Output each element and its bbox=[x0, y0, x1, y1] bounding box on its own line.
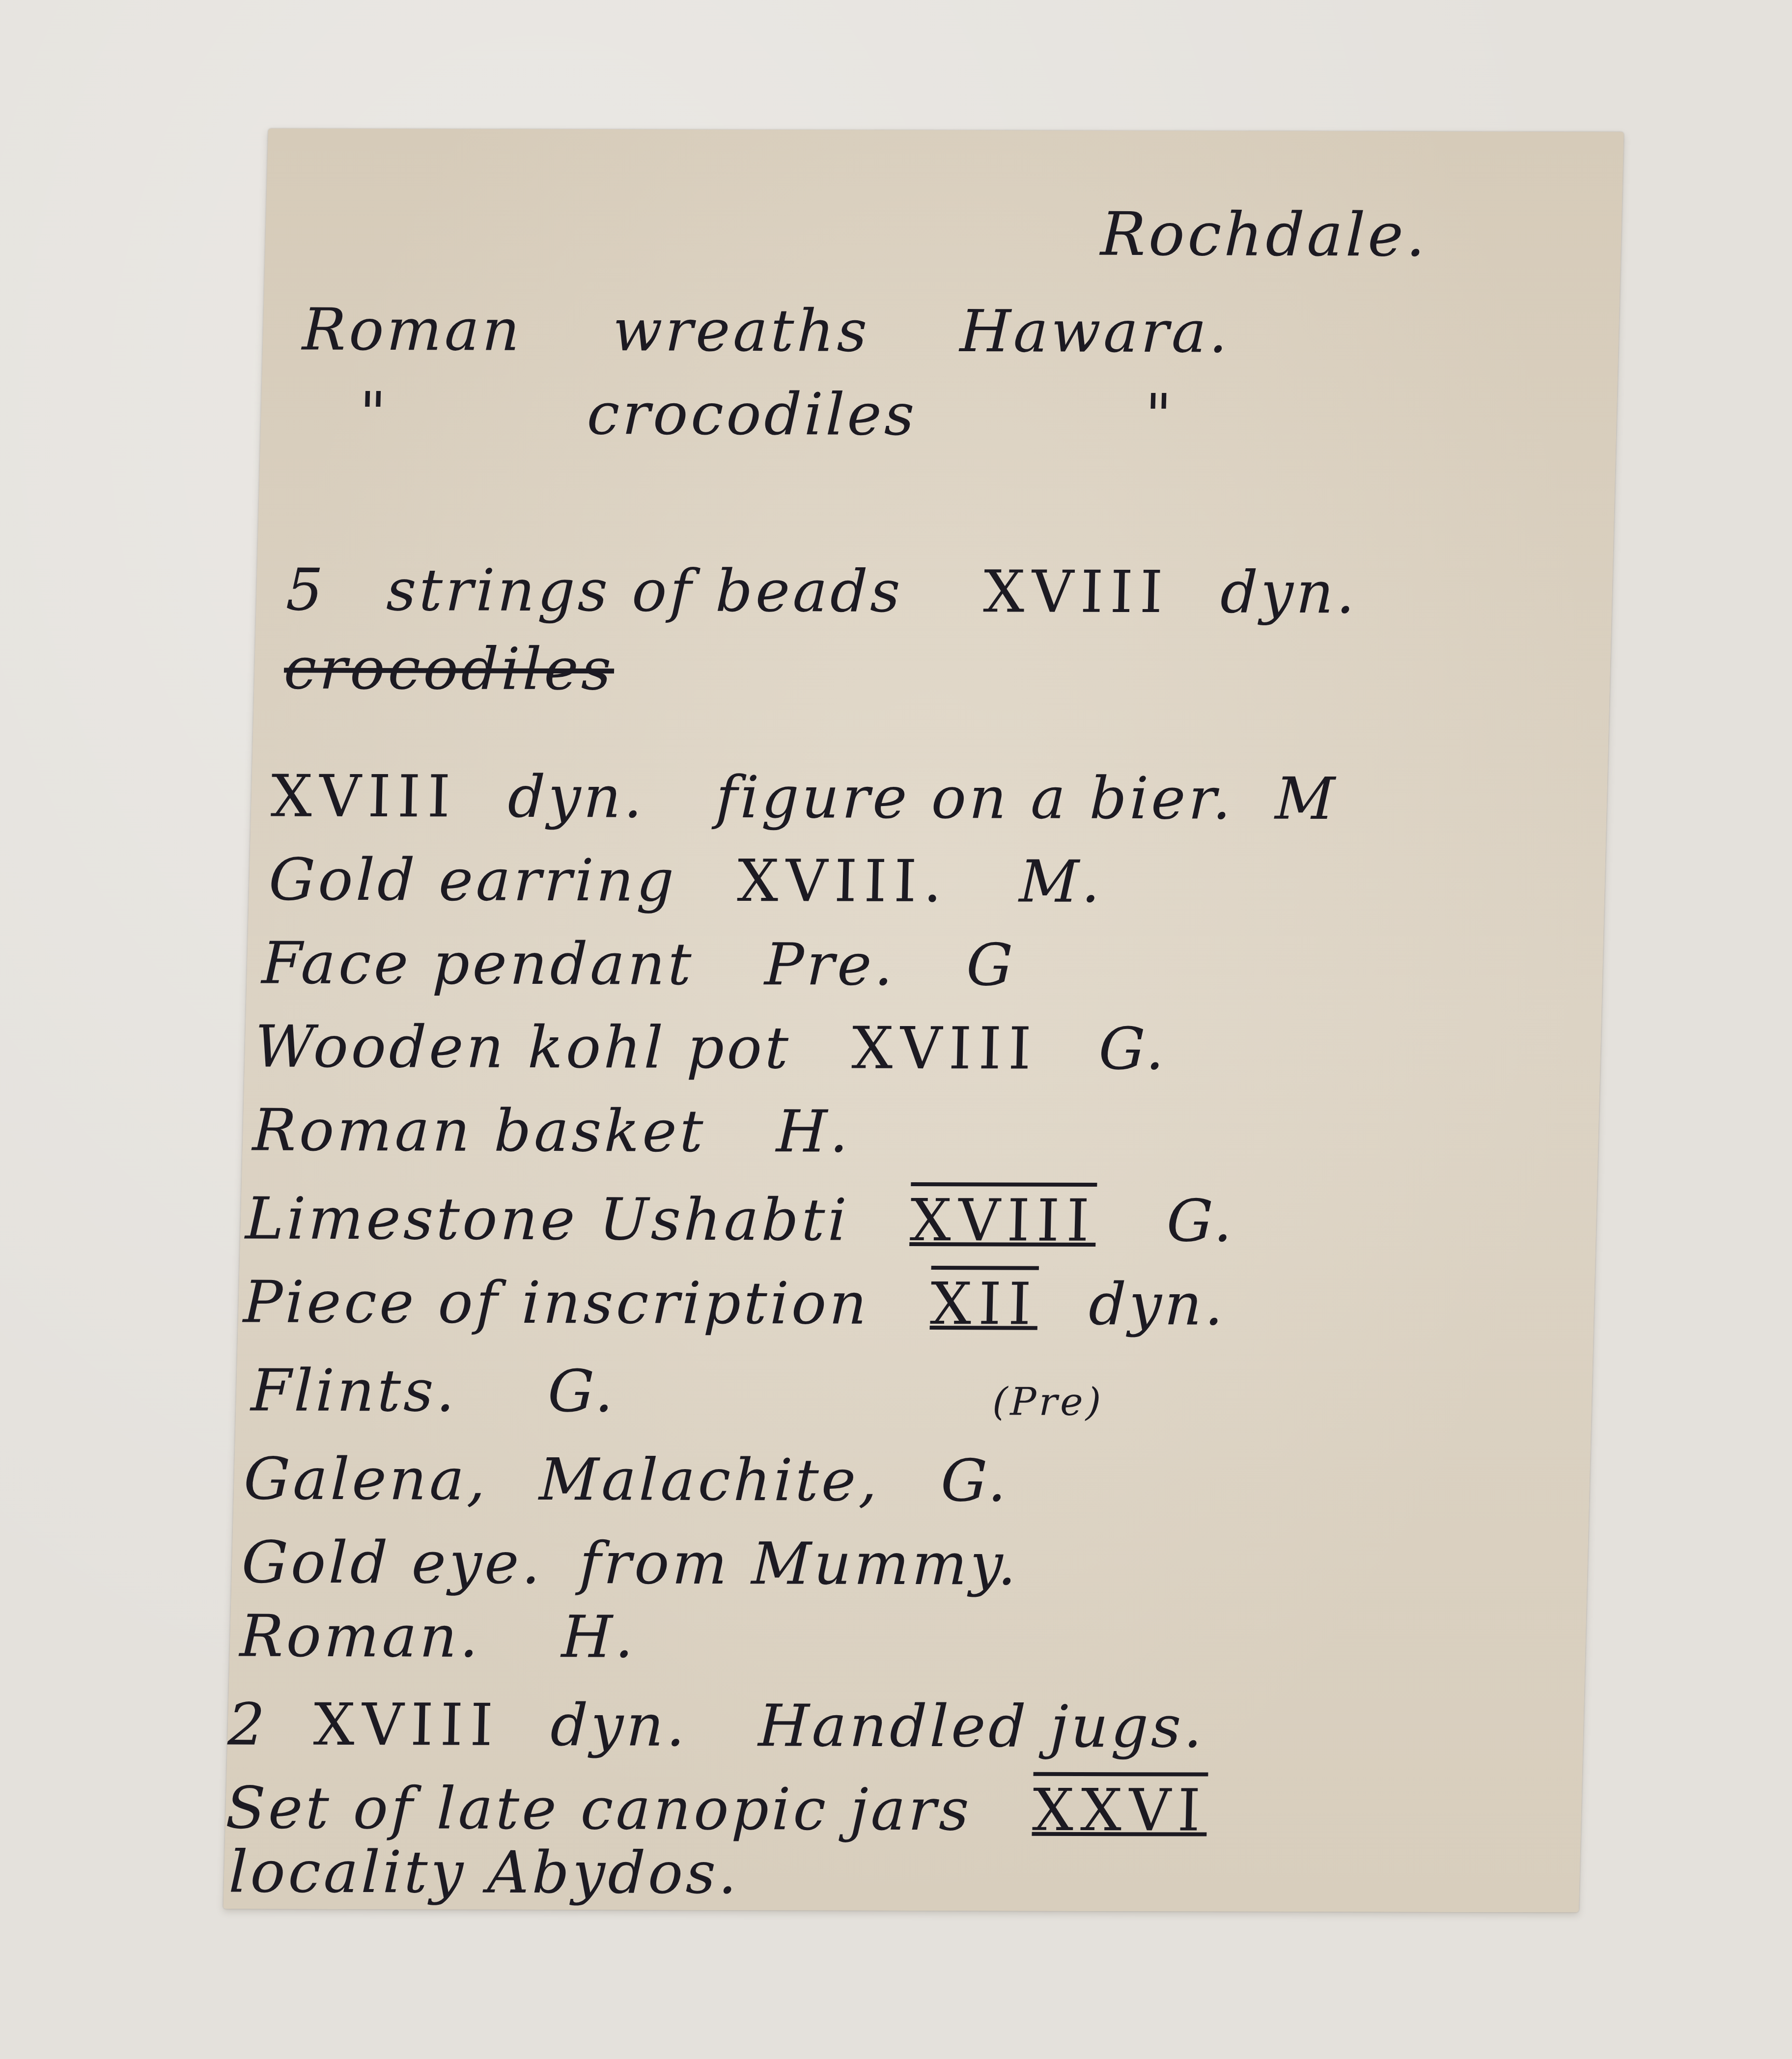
entry-limestone-ushabti: Limestone Ushabti XVIII G. bbox=[245, 1189, 1236, 1250]
handwritten-card: Rochdale. Roman wreaths Hawara. " crocod… bbox=[223, 128, 1624, 1912]
entry-crocodiles: " crocodiles " bbox=[359, 384, 1176, 444]
entry-locality: locality Abydos. bbox=[228, 1842, 741, 1902]
dynasty-numeral: XII bbox=[929, 1275, 1038, 1333]
entry-part: Gold eye. bbox=[241, 1533, 544, 1592]
entry-roman-wreaths: Roman wreaths Hawara. bbox=[302, 301, 1231, 361]
dynasty-numeral: XXVI bbox=[1032, 1781, 1208, 1839]
entry-part: Flints. bbox=[250, 1361, 458, 1419]
entry-part: figure on a bier. bbox=[715, 768, 1235, 828]
entry-part: Set of late canopic jars bbox=[225, 1779, 973, 1838]
card-heading: Rochdale. bbox=[1100, 204, 1429, 265]
entry-part: Malachite, bbox=[538, 1450, 881, 1509]
dynasty-numeral: XVIII bbox=[313, 1696, 501, 1754]
collection-code: G. bbox=[1098, 1020, 1168, 1078]
collection-code: M bbox=[1274, 770, 1338, 828]
entry-part: Piece of inscription bbox=[243, 1273, 870, 1332]
entry-part: 5 bbox=[285, 561, 327, 619]
entry-face-pendant: Face pendant Pre. G bbox=[261, 934, 1016, 994]
entry-part: dyn. bbox=[1088, 1275, 1227, 1334]
entry-part: Roman bbox=[302, 301, 523, 359]
entry-part: dyn. bbox=[507, 768, 646, 826]
entry-canopic-jars: Set of late canopic jars XXVI bbox=[225, 1779, 1208, 1839]
collection-code: G. bbox=[547, 1362, 617, 1420]
entry-part: wreaths bbox=[612, 301, 871, 360]
dynasty-numeral: XVIII bbox=[909, 1191, 1097, 1250]
entry-part: Roman basket bbox=[252, 1101, 707, 1160]
struck-through-entry: crocodiles bbox=[283, 640, 615, 698]
entry-roman: Roman. H. bbox=[239, 1607, 638, 1666]
entry-part: Roman. bbox=[239, 1607, 482, 1665]
entry-gold-eye: Gold eye. from Mummy. bbox=[241, 1533, 1020, 1593]
ditto-mark: " bbox=[359, 384, 390, 442]
entry-figure-on-bier: XVIII dyn. figure on a bier. M bbox=[270, 767, 1338, 828]
dynasty-numeral: XVIII bbox=[270, 767, 458, 825]
entry-roman-basket: Roman basket H. bbox=[252, 1101, 852, 1160]
entry-part: Hawara. bbox=[959, 302, 1232, 361]
entry-part: 2 bbox=[227, 1695, 268, 1753]
collection-code: G bbox=[966, 936, 1016, 994]
collection-code: H. bbox=[561, 1608, 637, 1666]
dynasty-numeral: XVIII bbox=[851, 1019, 1039, 1078]
entry-part: dyn. bbox=[1220, 563, 1359, 622]
entry-part: strings of beads bbox=[386, 561, 904, 620]
collection-code: M. bbox=[1019, 852, 1104, 910]
collection-code: G. bbox=[940, 1451, 1010, 1509]
dynasty-numeral: XVIII bbox=[982, 562, 1170, 621]
entry-part: dyn. bbox=[550, 1696, 689, 1754]
entry-part: Gold earring bbox=[268, 850, 677, 909]
entry-gold-earring: Gold earring XVIII. M. bbox=[268, 850, 1104, 910]
period-label: Pre. bbox=[764, 935, 896, 994]
entry-piece-of-inscription: Piece of inscription XII dyn. bbox=[243, 1273, 1227, 1333]
entry-handled-jugs: 2 XVIII dyn. Handled jugs. bbox=[227, 1695, 1206, 1755]
dynasty-numeral: XVIII. bbox=[737, 852, 950, 910]
entry-part: Face pendant bbox=[261, 934, 695, 993]
collection-code: H. bbox=[776, 1102, 852, 1160]
entry-part: Handled jugs. bbox=[758, 1697, 1206, 1755]
ditto-mark: " bbox=[1144, 386, 1175, 444]
collection-code: G. bbox=[1166, 1192, 1236, 1250]
entry-part: Limestone Ushabti bbox=[245, 1189, 850, 1249]
entry-part: Galena, bbox=[243, 1449, 489, 1508]
entry-part: Wooden kohl pot bbox=[254, 1017, 792, 1077]
entry-strings-of-beads: 5 strings of beads XVIII dyn. bbox=[285, 561, 1359, 622]
entry-part: from Mummy. bbox=[579, 1534, 1020, 1593]
entry-wooden-kohl-pot: Wooden kohl pot XVIII G. bbox=[254, 1017, 1168, 1078]
period-annotation: (Pre) bbox=[992, 1383, 1104, 1421]
entry-part: crocodiles bbox=[587, 385, 918, 444]
entry-galena-malachite: Galena, Malachite, G. bbox=[243, 1449, 1010, 1509]
entry-flints: Flints. G. bbox=[250, 1361, 617, 1420]
